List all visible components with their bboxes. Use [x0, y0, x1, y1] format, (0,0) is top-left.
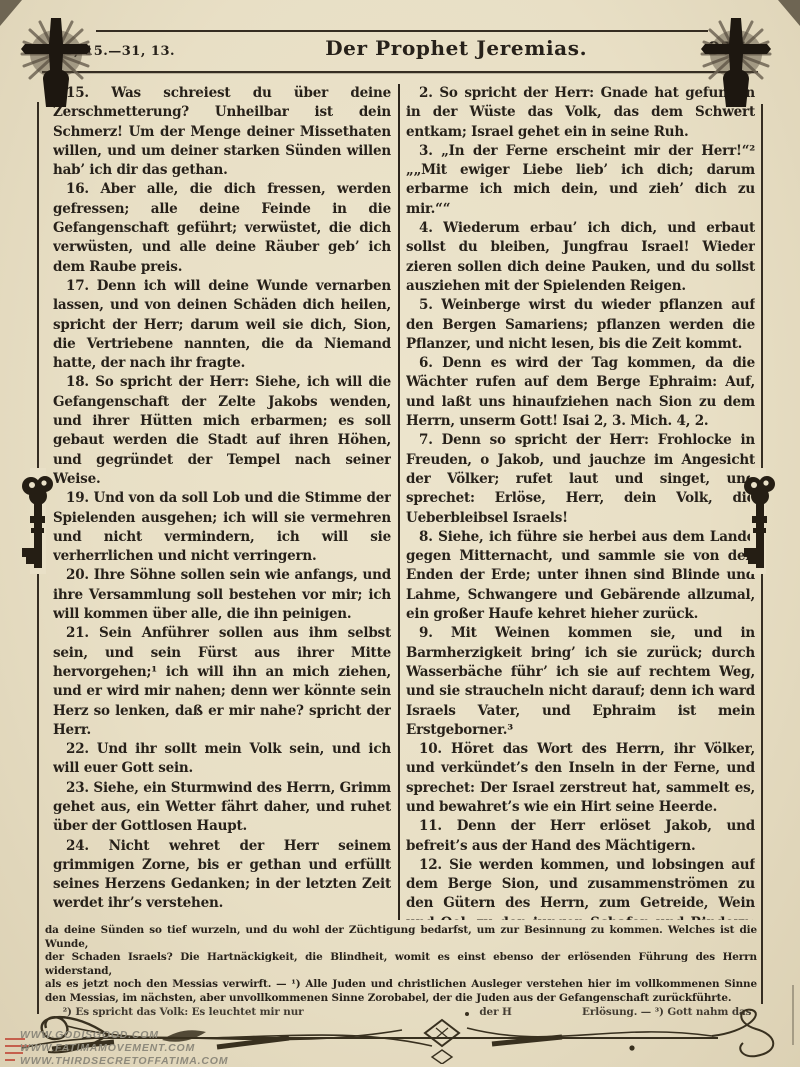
corner-cross-left-icon — [14, 8, 98, 112]
verse-16: 16. Aber alle, die dich fressen, werden … — [53, 180, 391, 276]
verse-21: 21. Sein Anführer sollen aus ihm selbst … — [53, 624, 391, 740]
footnote-line: als es jetzt noch den Messias verwirft. … — [45, 978, 757, 992]
verse-3: 3. „In der Ferne erscheint mir der Herr!… — [406, 142, 755, 219]
verse-15: 15. Was schreiest du über deine Zerschme… — [53, 84, 391, 180]
header: 30, 15.—31, 13. Der Prophet Jeremias. 97… — [55, 36, 747, 60]
verse-20: 20. Ihre Söhne sollen sein wie anfangs, … — [53, 566, 391, 624]
footnote-line: der Schaden Israels? Die Hartnäckigkeit,… — [45, 951, 757, 978]
verse-8: 8. Siehe, ich führe sie herbei aus dem L… — [406, 528, 755, 624]
verse-5: 5. Weinberge wirst du wieder pflanzen au… — [406, 296, 755, 354]
page-title: Der Prophet Jeremias. — [325, 36, 587, 60]
footnote-line: da deine Sünden so tief wurzeln, und du … — [45, 924, 757, 951]
corner-cross-right-icon — [694, 8, 778, 112]
text-columns: 15. Was schreiest du über deine Zerschme… — [53, 84, 755, 920]
key-ornament-right-icon — [736, 468, 782, 574]
verse-12: 12. Sie werden kommen, und lobsingen auf… — [406, 856, 755, 920]
verse-11: 11. Denn der Herr erlöset Jakob, und bef… — [406, 817, 755, 856]
top-border-rule — [96, 30, 708, 32]
verse-10: 10. Höret das Wort des Herrn, ihr Völker… — [406, 740, 755, 817]
watermarks: WWW.GODISGOOD.COMWWW.FATIMAMOVEMENT.COMW… — [20, 1029, 228, 1067]
watermark-url: WWW.THIRDSECRETOFFATIMA.COM — [20, 1055, 228, 1067]
right-column: 2. So spricht der Herr: Gnade hat gefund… — [406, 84, 755, 920]
verse-6: 6. Denn es wird der Tag kommen, da die W… — [406, 354, 755, 431]
column-divider — [398, 84, 400, 920]
scanned-bible-page: { "header": { "verse_range": "30, 15.—31… — [0, 0, 800, 1067]
verse-19: 19. Und von da soll Lob und die Stimme d… — [53, 489, 391, 566]
verse-18: 18. So spricht der Herr: Siehe, ich will… — [53, 373, 391, 489]
key-ornament-left-icon — [14, 468, 60, 574]
header-rule — [42, 71, 758, 73]
watermark-url: WWW.GODISGOOD.COM — [20, 1029, 228, 1042]
verse-22: 22. Und ihr sollt mein Volk sein, und ic… — [53, 740, 391, 779]
watermark-url: WWW.FATIMAMOVEMENT.COM — [20, 1042, 228, 1055]
verse-17: 17. Denn ich will deine Wunde vernarben … — [53, 277, 391, 373]
verse-4: 4. Wiederum erbau’ ich dich, und erbaut … — [406, 219, 755, 296]
verse-7: 7. Denn so spricht der Herr: Frohlocke i… — [406, 431, 755, 527]
scan-shadow-top-right — [778, 0, 800, 26]
left-column: 15. Was schreiest du über deine Zerschme… — [53, 84, 391, 920]
verse-23: 23. Siehe, ein Sturmwind des Herrn, Grim… — [53, 779, 391, 837]
verse-9: 9. Mit Weinen kommen sie, und in Barmher… — [406, 624, 755, 740]
verse-24: 24. Nicht wehret der Herr seinem grimmig… — [53, 837, 391, 914]
page-edge-mark — [792, 985, 794, 1045]
